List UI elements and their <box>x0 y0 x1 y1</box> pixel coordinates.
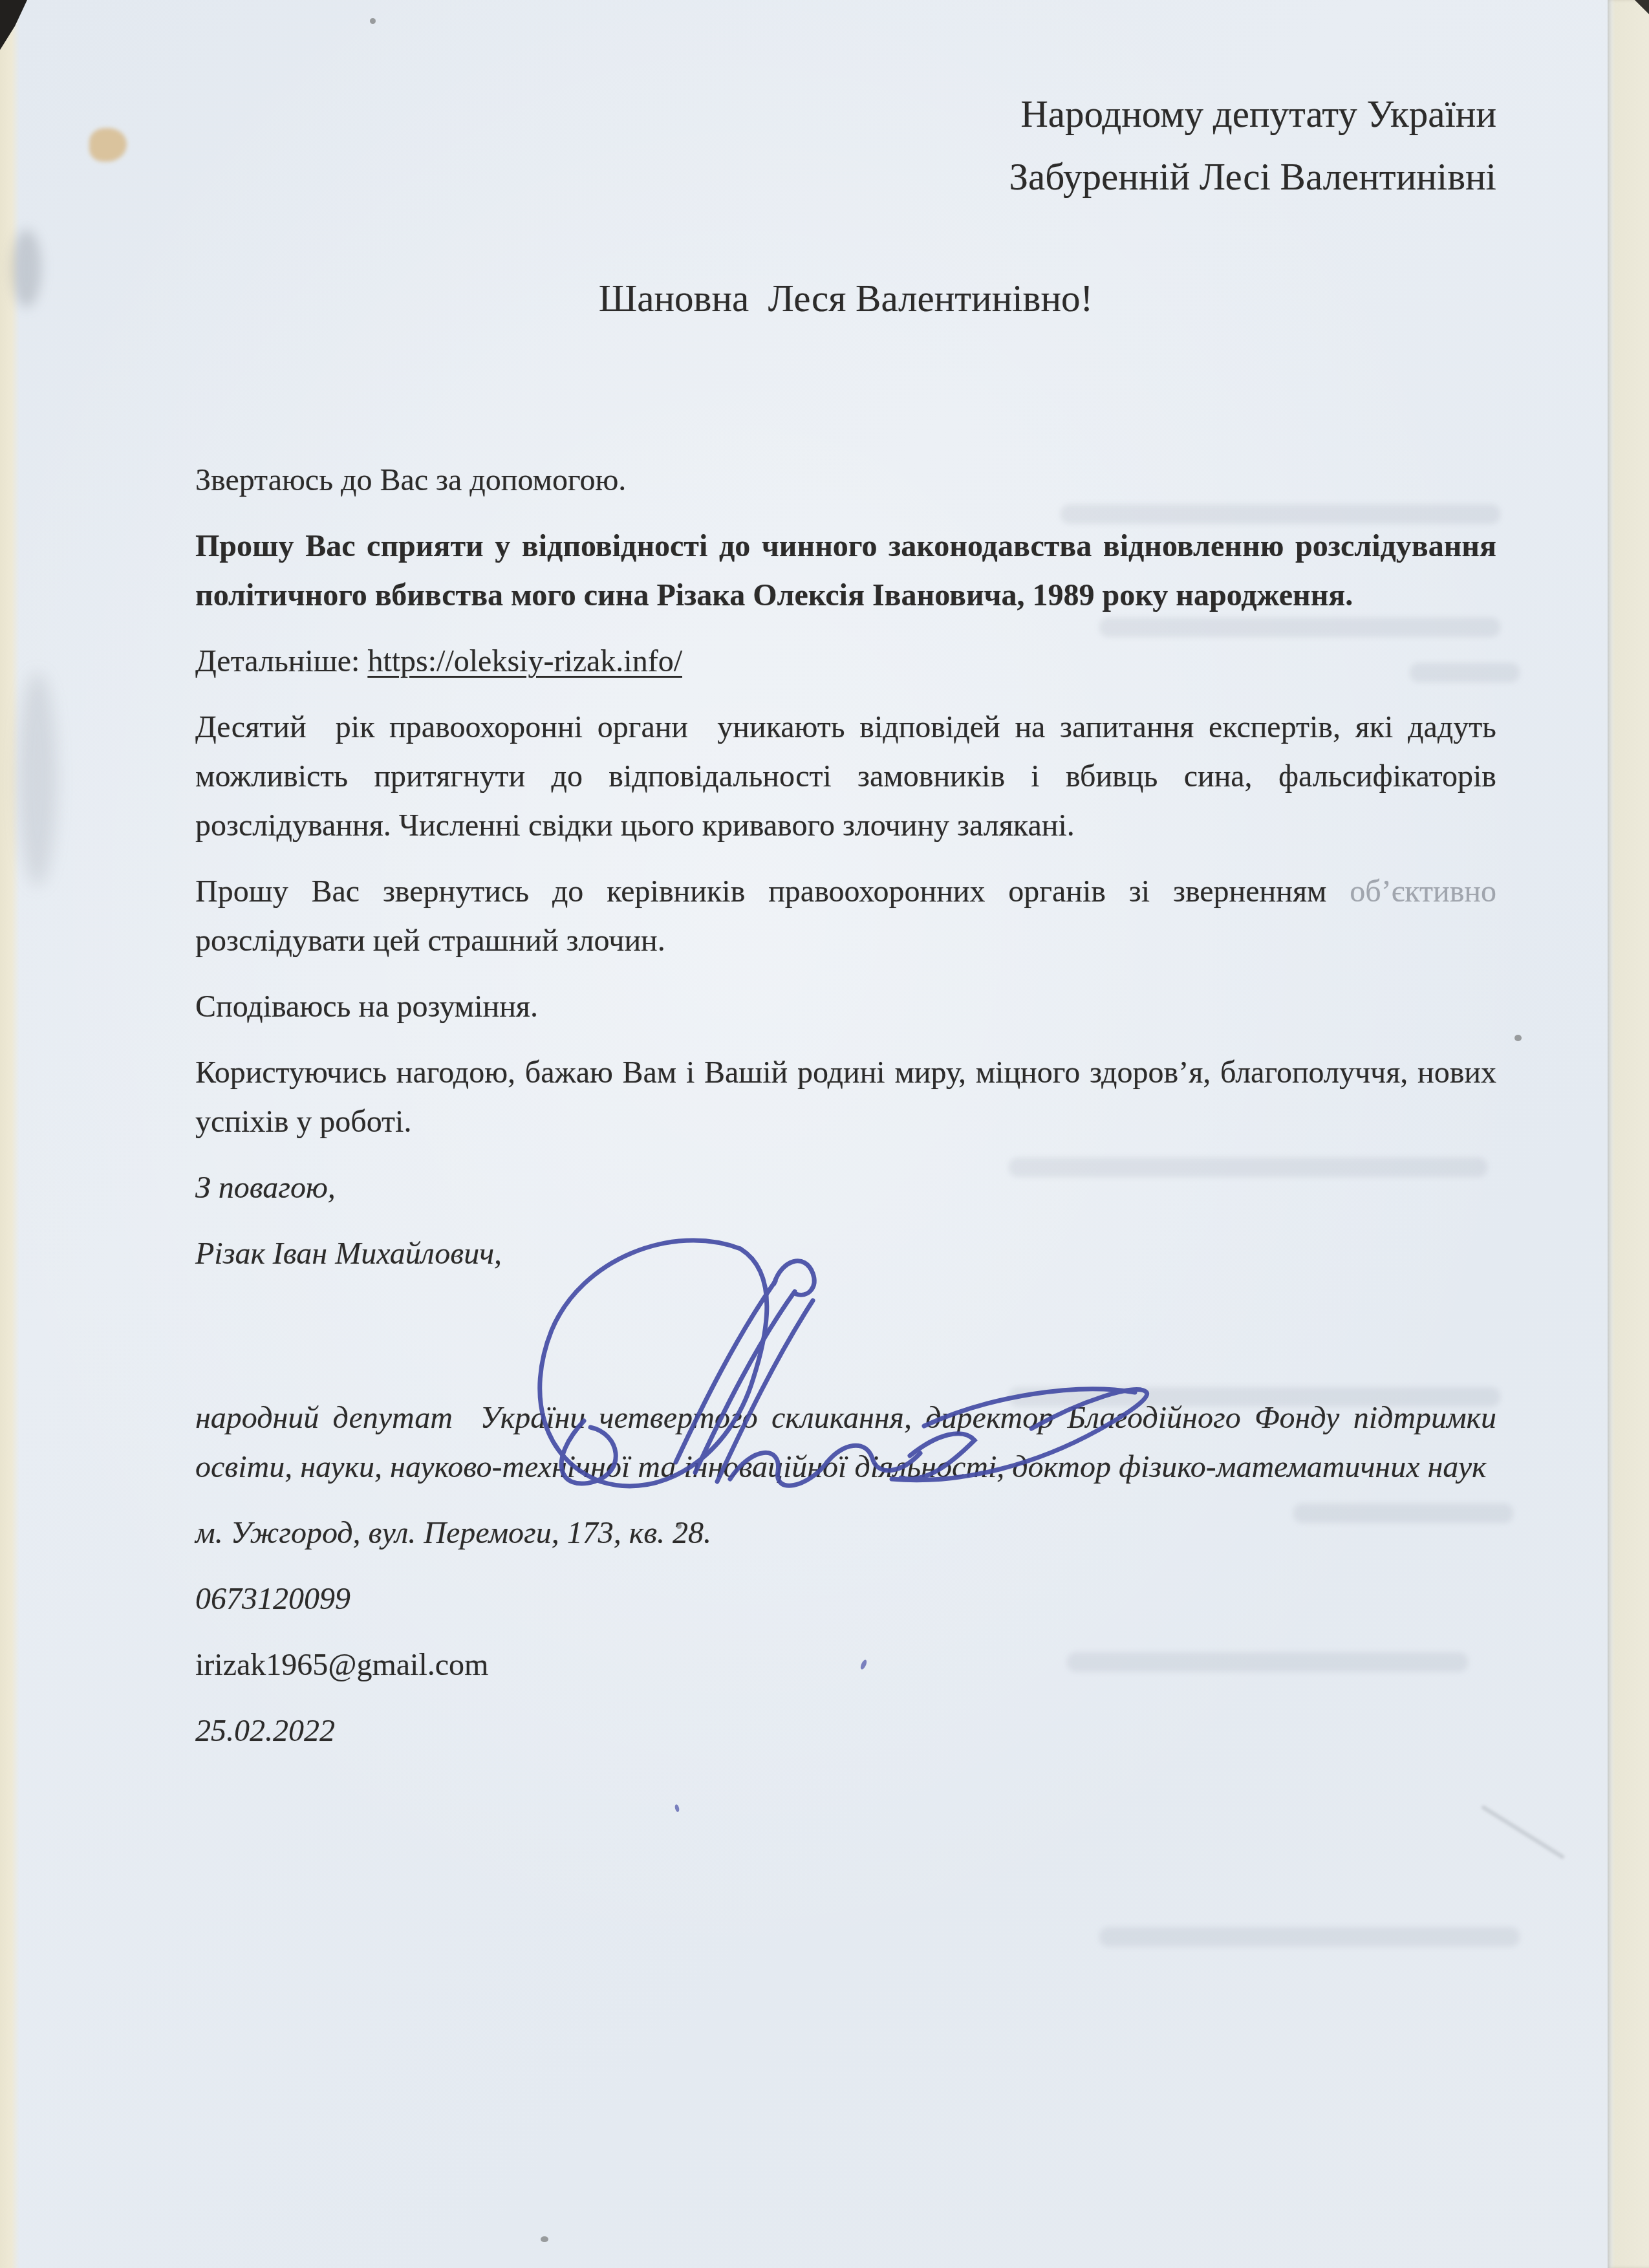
appeal-text: Прошу Вас звернутись до керівників право… <box>195 874 1350 909</box>
scan-edge-left <box>0 0 19 2268</box>
appeal-faded-word: об’єктивно <box>1350 874 1496 909</box>
details-link[interactable]: https://oleksiy-rizak.info/ <box>367 644 682 678</box>
closing-name: Різак Іван Михайлович, <box>195 1229 1496 1377</box>
closing-address: м. Ужгород, вул. Перемоги, 173, кв. 28. <box>195 1509 1496 1558</box>
paragraph-appeal: Прошу Вас звернутись до керівників право… <box>195 867 1496 966</box>
paper-smudge <box>12 230 41 307</box>
dust-speck <box>1514 1035 1522 1041</box>
closing-title: народний депутат України четвертого скли… <box>195 1394 1496 1492</box>
closing-phone: 0673120099 <box>195 1575 1496 1624</box>
ink-speck <box>674 1804 680 1812</box>
recipient-block: Народному депутату України Забуренній Ле… <box>195 0 1496 208</box>
sender-name: Різак Іван Михайлович, <box>195 1237 502 1271</box>
closing-email: irizak1965@gmail.com <box>195 1641 1496 1690</box>
salutation: Шановна Леся Валентинівно! <box>195 268 1496 329</box>
paper-crease <box>1481 1805 1565 1860</box>
details-label: Детальніше: <box>195 644 367 678</box>
dust-speck <box>541 2236 548 2242</box>
recipient-line: Народному депутату України <box>195 83 1496 146</box>
paragraph-details: Детальніше: https://oleksiy-rizak.info/ <box>195 637 1496 686</box>
closing-date: 25.02.2022 <box>195 1707 1496 1756</box>
paragraph-wishes: Користуючись нагодою, бажаю Вам і Вашій … <box>195 1048 1496 1147</box>
paragraph-hope: Сподіваюсь на розуміння. <box>195 982 1496 1031</box>
scan-edge-right <box>1608 0 1649 2268</box>
scanned-letter-page: Народному депутату України Забуренній Ле… <box>0 0 1649 2268</box>
paragraph-investigation: Десятий рік правоохоронні органи уникают… <box>195 703 1496 850</box>
paper-stain <box>89 128 127 162</box>
paper-smudge <box>18 673 57 886</box>
closing-regards: З повагою, <box>195 1163 1496 1213</box>
paragraph-request: Прошу Вас сприяти у відповідності до чин… <box>195 522 1496 620</box>
letter-body: Народному депутату України Забуренній Ле… <box>195 0 1496 1773</box>
recipient-line: Забуренній Лесі Валентинівні <box>195 146 1496 208</box>
bleedthrough-ghost <box>1099 1927 1520 1947</box>
paragraph-intro: Звертаюсь до Вас за допомогою. <box>195 456 1496 505</box>
